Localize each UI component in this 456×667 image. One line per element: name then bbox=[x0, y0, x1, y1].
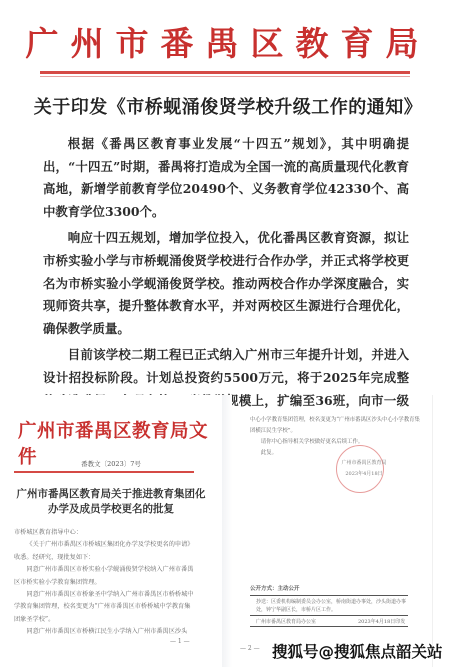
page-fold-shadow bbox=[222, 395, 232, 667]
body-line: 《关于广州市番禺区市桥城区集团化办学及学校更名的申请》收悉。经研究，现批复如下： bbox=[14, 539, 196, 564]
body-line: 同意广州市番禺区市桥横江民生小学纳入广州市番禺区沙头 bbox=[14, 626, 196, 638]
page-number: — 2 — bbox=[240, 645, 260, 652]
document-title-line: 广州市番禺区教育局关于推进教育集团化 bbox=[0, 487, 222, 502]
scanned-document-right: 中心小学教育集团管理，校名变更为“广州市番禺区沙头中心小学教育集团横江民生学校”… bbox=[240, 395, 432, 667]
document-title: 广州市番禺区教育局关于推进教育集团化 办学及成员学校更名的批复 bbox=[0, 487, 222, 517]
body-line: 中心小学教育集团管理，校名变更为“广州市番禺区沙头中心小学教育集团横江民生学校”… bbox=[250, 415, 420, 437]
document-title-line: 办学及成员学校更名的批复 bbox=[0, 502, 222, 517]
masthead-rule-thin bbox=[40, 76, 410, 77]
body-line: 此复。 bbox=[250, 448, 420, 459]
page-number: — 1 — bbox=[170, 638, 190, 645]
notice-body: 根据《番禺区教育事业发展“十四五”规划》，其中明确提出，“十四五”时期，番禺将打… bbox=[43, 133, 409, 439]
notice-paragraph: 响应十四五规划，增加学位投入，优化番禺区教育资源，拟让市桥实验小学与市桥蚬涌俊贤… bbox=[43, 227, 409, 340]
addressee: 市桥城区教育指导中心： bbox=[14, 527, 196, 539]
watermark: 搜狐号@搜狐焦点韶关站 bbox=[272, 640, 443, 662]
page-edge bbox=[432, 395, 433, 667]
seal-issuer: 广州市番禺区教育局 bbox=[324, 459, 404, 466]
cc-rule-top bbox=[250, 595, 408, 596]
cc-rule-mid bbox=[250, 615, 408, 616]
notice-title: 关于印发《市桥蚬涌俊贤学校升级工作的通知》 bbox=[0, 93, 456, 119]
official-seal-icon bbox=[336, 445, 384, 493]
cc-list: 抄送：区委机构编制委员会办公室，桥南街道办事处，沙头街道办事处，钟宁华副区长，市… bbox=[256, 598, 406, 614]
disclosure-method: 公开方式：主动公开 bbox=[250, 584, 300, 592]
issuing-office: 广州市番禺区教育局办公室 bbox=[256, 618, 316, 625]
document-number: 番教文〔2023〕7号 bbox=[0, 459, 222, 468]
scanned-document-left: 广州市番禺区教育局文件 番教文〔2023〕7号 广州市番禺区教育局关于推进教育集… bbox=[0, 395, 222, 667]
document-header-rule bbox=[14, 471, 194, 473]
seal-date: 2023年4月18日 bbox=[324, 470, 404, 477]
masthead-title: 广州市番禺区教育局 bbox=[0, 18, 456, 65]
masthead-rule bbox=[40, 71, 410, 74]
body-line: 同意广州市番禺区市桥象圣中学纳入广州市番禺区市桥桥城中学教育集团管理，校名变更为… bbox=[14, 589, 196, 626]
body-line: 同意广州市番禺区市桥实验小学蚬涌俊贤学校纳入广州市番禺区市桥实验小学教育集团管理… bbox=[14, 564, 196, 589]
body-line: 请你中心指导相关学校做好更名后续工作。 bbox=[250, 437, 420, 448]
issue-date: 2023年4月18日印发 bbox=[358, 618, 405, 625]
notice-paragraph: 根据《番禺区教育事业发展“十四五”规划》，其中明确提出，“十四五”时期，番禺将打… bbox=[43, 133, 409, 223]
cc-rule-bottom bbox=[250, 626, 408, 627]
document-body: 市桥城区教育指导中心： 《关于广州市番禺区市桥城区集团化办学及学校更名的申请》收… bbox=[14, 527, 196, 639]
document-body: 中心小学教育集团管理，校名变更为“广州市番禺区沙头中心小学教育集团横江民生学校”… bbox=[250, 415, 420, 459]
